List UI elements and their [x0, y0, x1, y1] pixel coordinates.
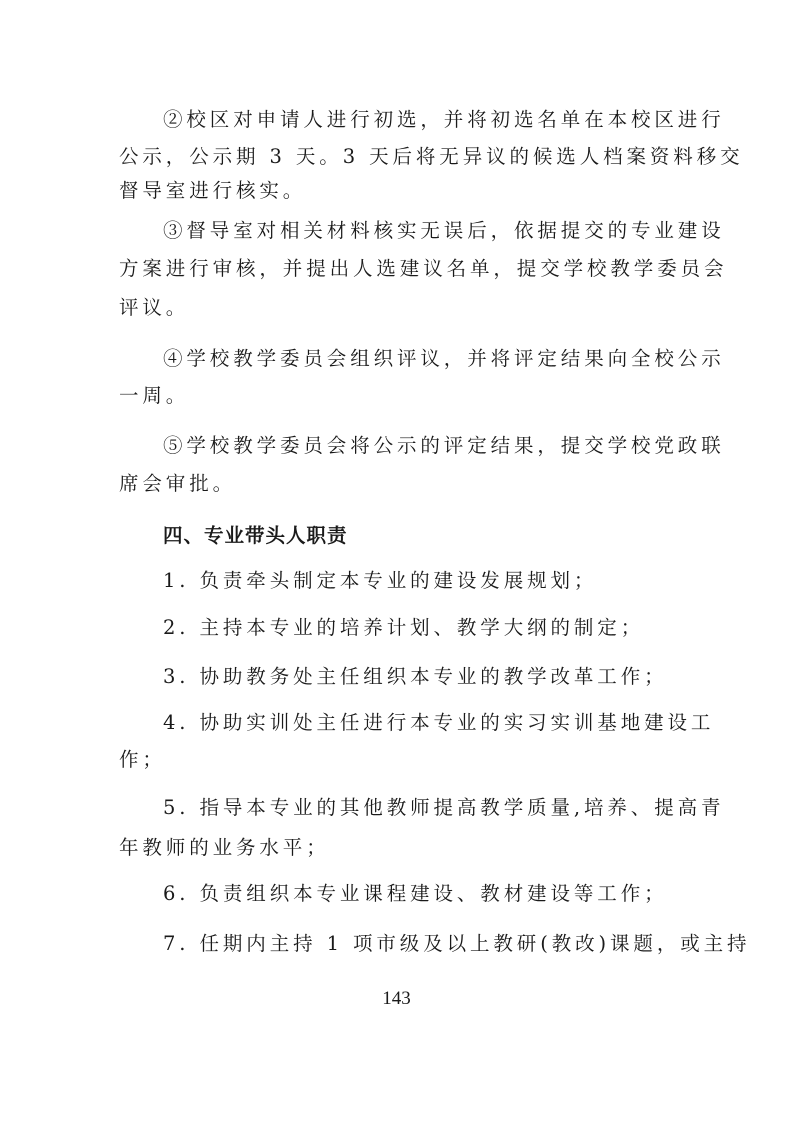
text-line: 3. 协助教务处主任组织本专业的教学改革工作； [163, 664, 671, 690]
text-line: ⑤学校教学委员会将公示的评定结果，提交学校党政联 [163, 433, 671, 459]
text-line: 督导室进行核实。 [119, 178, 671, 204]
text-line: 4. 协助实训处主任进行本专业的实习实训基地建设工 [163, 710, 671, 736]
text-line: 1. 负责牵头制定本专业的建设发展规划； [163, 568, 671, 594]
text-line: 公示，公示期 3 天。3 天后将无异议的候选人档案资料移交 [119, 144, 671, 170]
text-line: 评议。 [119, 295, 671, 321]
text-line: 年教师的业务水平； [119, 835, 671, 861]
text-line: 方案进行审核，并提出人选建议名单，提交学校教学委员会 [119, 256, 671, 282]
text-line: ③督导室对相关材料核实无误后，依据提交的专业建设 [163, 218, 671, 244]
text-line: 一周。 [119, 383, 671, 409]
text-line: 6. 负责组织本专业课程建设、教材建设等工作； [163, 881, 671, 907]
text-line: ②校区对申请人进行初选，并将初选名单在本校区进行 [163, 107, 671, 133]
page-number: 143 [0, 988, 793, 1010]
section-heading: 四、专业带头人职责 [163, 523, 671, 549]
text-line: ④学校教学委员会组织评议，并将评定结果向全校公示 [163, 346, 671, 372]
text-line: 7. 任期内主持 1 项市级及以上教研(教改)课题，或主持 [163, 931, 671, 957]
text-line: 2. 主持本专业的培养计划、教学大纲的制定； [163, 615, 671, 641]
text-line: 5. 指导本专业的其他教师提高教学质量,培养、提高青 [163, 795, 671, 821]
text-line: 席会审批。 [119, 471, 671, 497]
text-line: 作； [119, 747, 671, 773]
